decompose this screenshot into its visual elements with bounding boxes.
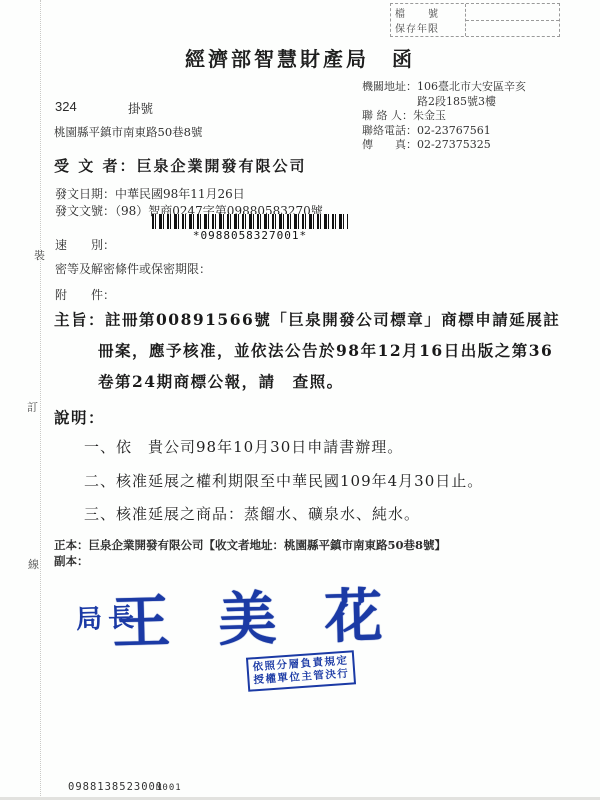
agency-address-line1: 機關地址：106臺北市大安區辛亥 (362, 80, 526, 95)
recipient-address: 桃園縣平鎮市南東路50巷8號 (54, 124, 202, 140)
recipient-line: 受 文 者：巨泉企業開發有限公司 (54, 155, 306, 176)
file-number-labels: 檔 號 保存年限 (391, 4, 465, 36)
mail-code: 324 (55, 99, 77, 114)
subject-line1: 主旨：註冊第00891566號「巨泉開發公司標章」商標申請延展註 (54, 308, 560, 330)
subject-line3: 卷第24期商標公報，請 查照。 (98, 370, 344, 392)
document-title: 經濟部智慧財產局 函 (150, 43, 450, 72)
explanation-heading: 說明： (54, 406, 105, 428)
speed-label: 速 別： (55, 236, 115, 253)
scanned-official-letter: 裝 訂 線 檔 號 保存年限 經濟部智慧財產局 函 機關地址：106臺北市大安區… (0, 0, 600, 800)
sent-date-line: 發文日期：中華民國98年11月26日 (55, 185, 245, 202)
margin-mark-ding: 訂 (27, 399, 38, 415)
original-copy-line: 正本：巨泉企業開發有限公司【收文者地址：桃園縣平鎮市南東路50巷8號】 (54, 537, 446, 553)
margin-mark-zhuang: 裝 (34, 247, 45, 263)
subject-line2: 冊案，應予核准，並依法公告於98年12月16日出版之第36 (98, 339, 553, 361)
agency-fax: 傳 真：02-27375325 (362, 138, 526, 153)
file-number-box: 檔 號 保存年限 (390, 3, 560, 37)
agency-contact-person: 聯 絡 人：朱金玉 (362, 109, 526, 124)
delegation-stamp: 依照分層負責規定 授權單位主管決行 (246, 650, 356, 691)
director-general-signature: 王 美 花 (111, 568, 397, 659)
barcode-text: *0988058327001* (152, 229, 348, 242)
explanation-item-1: 一、依 貴公司98年10月30日申請書辦理。 (84, 436, 403, 457)
barcode (152, 214, 348, 229)
attachment-label: 附 件： (55, 286, 115, 303)
agency-info-block: 機關地址：106臺北市大安區辛亥 路2段185號3樓 聯 絡 人：朱金玉 聯絡電… (362, 80, 526, 153)
secrecy-label: 密等及解密條件或保密期限： (55, 260, 211, 277)
file-number-value-cell (466, 4, 559, 21)
file-number-empty-cells (465, 4, 559, 36)
explanation-item-3: 三、核准延展之商品：蒸餾水、礦泉水、純水。 (84, 503, 420, 524)
margin-mark-xian: 線 (28, 556, 39, 572)
footer-document-id: 0988138523001 (68, 781, 163, 793)
agency-address-line2: 路2段185號3樓 (417, 95, 526, 110)
agency-phone: 聯絡電話：02-23767561 (362, 124, 526, 139)
binding-dotted-line (40, 0, 41, 796)
footer-page-code: M001 (156, 783, 182, 793)
retention-period-label: 保存年限 (395, 20, 461, 35)
explanation-item-2: 二、核准延展之權利期限至中華民國109年4月30日止。 (84, 470, 483, 491)
retention-period-value-cell (466, 21, 559, 37)
file-number-label: 檔 號 (395, 5, 461, 20)
cc-copy-line: 副本： (54, 553, 89, 569)
registered-mail-label: 掛號 (128, 99, 153, 117)
